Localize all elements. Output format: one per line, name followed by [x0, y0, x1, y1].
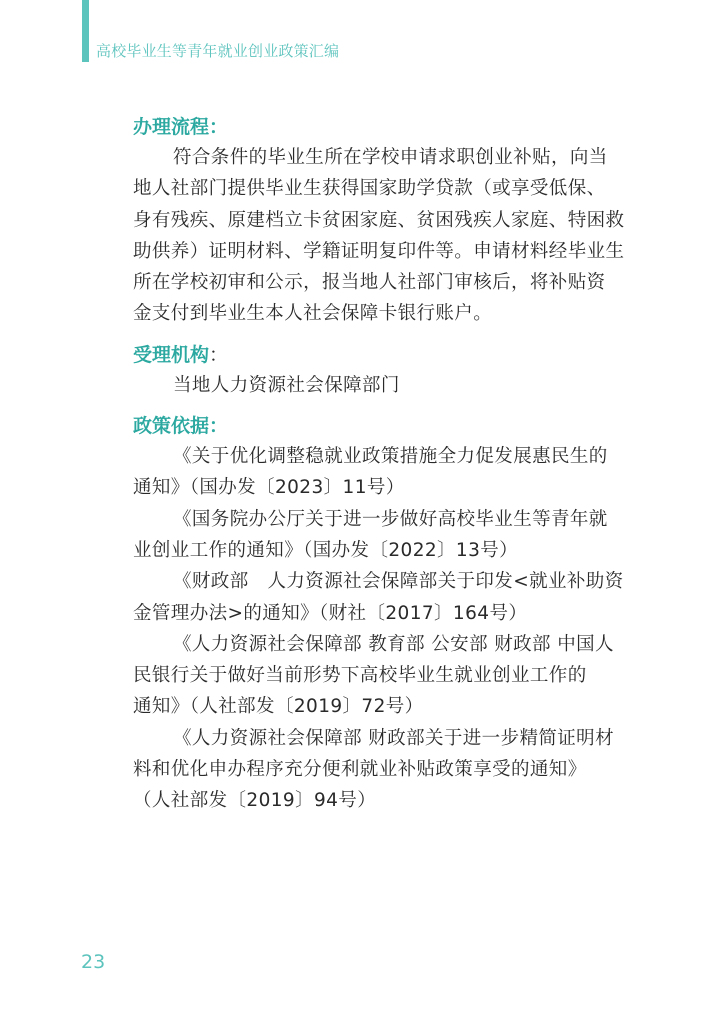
section-title-colon: ：: [209, 116, 228, 138]
policy-line: 料和优化申办程序充分便利就业补贴政策享受的通知》: [133, 754, 635, 785]
policy-line: 金管理办法>的通知》（财社〔2017〕164号）: [133, 598, 635, 629]
policy-basis-item: 《国务院办公厅关于进一步做好高校毕业生等青年就 业创业工作的通知》（国办发〔20…: [133, 504, 635, 567]
policy-line: 《财政部 人力资源社会保障部关于印发<就业补助资: [133, 566, 635, 597]
page-number: 23: [81, 951, 105, 973]
header-accent-bar: [82, 0, 89, 62]
policy-basis-item: 《关于优化调整稳就业政策措施全力促发展惠民生的 通知》（国办发〔2023〕11号…: [133, 441, 635, 504]
paragraph-line: 所在学校初审和公示，报当地人社部门审核后，将补贴资: [133, 267, 635, 298]
section-title-colon: ：: [209, 344, 228, 366]
section-title-text: 办理流程: [133, 116, 209, 138]
agency-text: 当地人力资源社会保障部门: [133, 370, 635, 401]
policy-line: 《国务院办公厅关于进一步做好高校毕业生等青年就: [133, 504, 635, 535]
paragraph-line: 地人社部门提供毕业生获得国家助学贷款（或享受低保、: [133, 173, 635, 204]
policy-line: 通知》（人社部发〔2019〕72号）: [133, 691, 635, 722]
running-header-title: 高校毕业生等青年就业创业政策汇编: [96, 40, 339, 61]
policy-basis-item: 《财政部 人力资源社会保障部关于印发<就业补助资 金管理办法>的通知》（财社〔2…: [133, 566, 635, 629]
policy-line: 《关于优化调整稳就业政策措施全力促发展惠民生的: [133, 441, 635, 472]
policy-line: 业创业工作的通知》（国办发〔2022〕13号）: [133, 535, 635, 566]
page-content: 办理流程： 符合条件的毕业生所在学校申请求职创业补贴，向当 地人社部门提供毕业生…: [133, 112, 635, 817]
policy-basis-item: 《人力资源社会保障部 财政部关于进一步精简证明材 料和优化申办程序充分便利就业补…: [133, 723, 635, 817]
section-title-colon: ：: [209, 415, 228, 437]
policy-line: 通知》（国办发〔2023〕11号）: [133, 472, 635, 503]
policy-line: 《人力资源社会保障部 财政部关于进一步精简证明材: [133, 723, 635, 754]
policy-line: 民银行关于做好当前形势下高校毕业生就业创业工作的: [133, 660, 635, 691]
policy-line: （人社部发〔2019〕94号）: [133, 785, 635, 816]
section-title-agency: 受理机构：: [133, 340, 635, 370]
section-title-basis: 政策依据：: [133, 411, 635, 441]
section-title-text: 受理机构: [133, 344, 209, 366]
policy-basis-item: 《人力资源社会保障部 教育部 公安部 财政部 中国人 民银行关于做好当前形势下高…: [133, 629, 635, 723]
section-title-text: 政策依据: [133, 415, 209, 437]
paragraph-line: 金支付到毕业生本人社会保障卡银行账户。: [133, 298, 635, 329]
paragraph-line: 符合条件的毕业生所在学校申请求职创业补贴，向当: [133, 142, 635, 173]
policy-line: 《人力资源社会保障部 教育部 公安部 财政部 中国人: [133, 629, 635, 660]
section-title-process: 办理流程：: [133, 112, 635, 142]
process-paragraph: 符合条件的毕业生所在学校申请求职创业补贴，向当 地人社部门提供毕业生获得国家助学…: [133, 142, 635, 330]
paragraph-line: 身有残疾、原建档立卡贫困家庭、贫困残疾人家庭、特困救: [133, 205, 635, 236]
paragraph-line: 助供养）证明材料、学籍证明复印件等。申请材料经毕业生: [133, 236, 635, 267]
